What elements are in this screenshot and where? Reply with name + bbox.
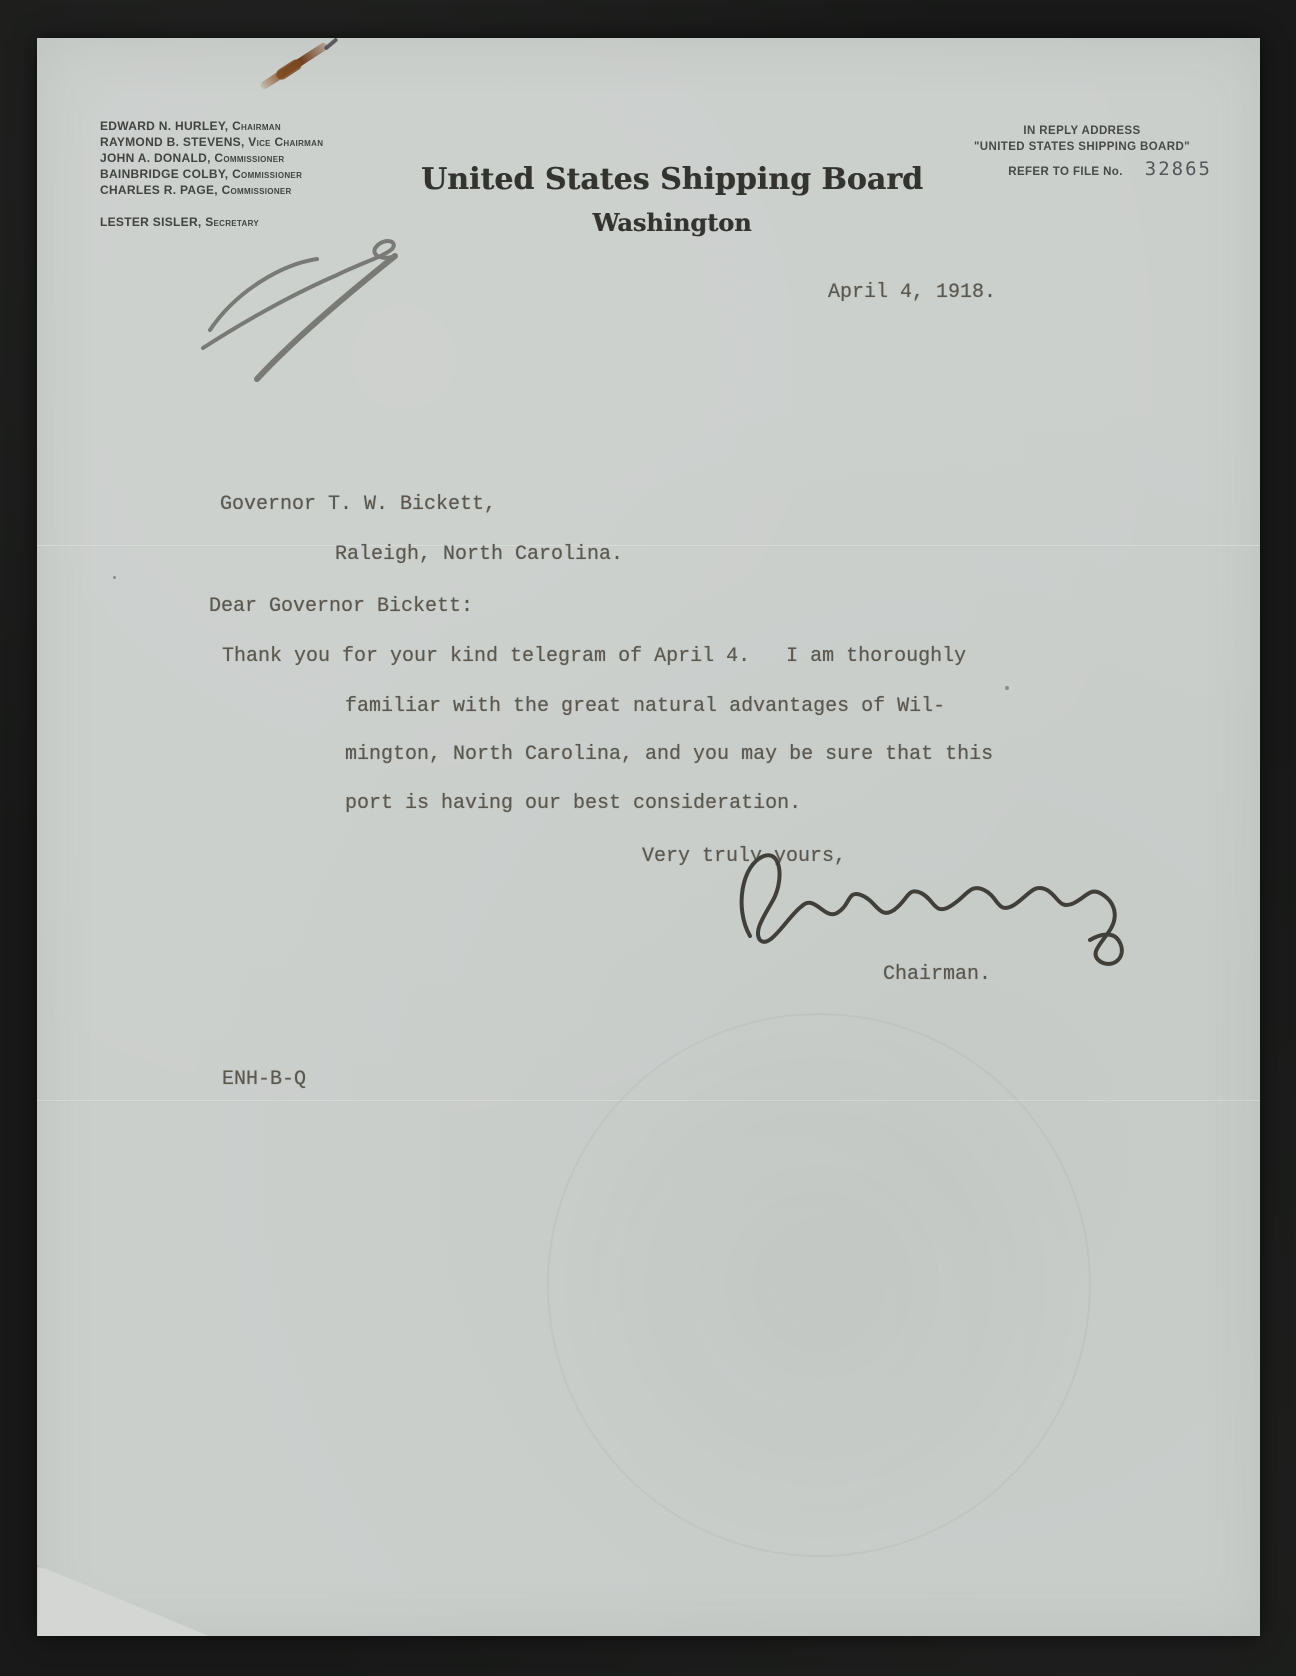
refer-to-file-label: REFER TO FILE No. (1008, 164, 1123, 180)
signature-edward-hurley (730, 836, 1140, 981)
body-line: mington, North Carolina, and you may be … (345, 743, 993, 766)
officer-line: EDWARD N. HURLEY, Chairman (100, 118, 323, 134)
officer-title: Chairman (232, 119, 281, 133)
officer-title: Vice Chairman (248, 135, 323, 149)
folded-corner (37, 1565, 209, 1636)
paper-speck (113, 576, 116, 579)
handwritten-file-note (195, 234, 410, 384)
officer-line: RAYMOND B. STEVENS, Vice Chairman (100, 134, 323, 150)
organization-name: United States Shipping Board (392, 162, 952, 197)
file-number: 32865 (1145, 161, 1212, 177)
typist-reference: ENH-B-Q (222, 1068, 306, 1091)
body-line: familiar with the great natural advantag… (345, 695, 945, 718)
embossed-seal-watermark (547, 1013, 1091, 1557)
fold-crease-upper (37, 545, 1260, 547)
officer-name: JOHN A. DONALD, (100, 151, 211, 165)
body-line: port is having our best consideration. (345, 792, 801, 815)
recipient-name: Governor T. W. Bickett, (220, 493, 496, 516)
officer-line: JOHN A. DONALD, Commissioner (100, 150, 323, 166)
secretary-name: LESTER SISLER, (100, 215, 202, 229)
letter-date: April 4, 1918. (828, 281, 996, 304)
rust-stain (237, 38, 347, 98)
letterhead-officers: EDWARD N. HURLEY, Chairman RAYMOND B. ST… (100, 118, 323, 230)
scanned-letter: EDWARD N. HURLEY, Chairman RAYMOND B. ST… (0, 0, 1296, 1676)
officer-title: Commissioner (232, 167, 302, 181)
body-line: Thank you for your kind telegram of Apri… (222, 645, 966, 668)
secretary-line: LESTER SISLER, Secretary (100, 214, 323, 230)
signature-title: Chairman. (883, 963, 991, 986)
officer-title: Commissioner (222, 183, 292, 197)
reply-address-line1: IN REPLY ADDRESS (952, 123, 1212, 139)
rust-stain-tip (324, 37, 339, 50)
officer-name: RAYMOND B. STEVENS, (100, 135, 245, 149)
reply-address-line2: "UNITED STATES SHIPPING BOARD" (952, 139, 1212, 155)
letterhead-gap (100, 198, 323, 214)
organization-city: Washington (392, 208, 952, 237)
officer-name: CHARLES R. PAGE, (100, 183, 218, 197)
salutation: Dear Governor Bickett: (209, 595, 473, 618)
officer-line: BAINBRIDGE COLBY, Commissioner (100, 166, 323, 182)
recipient-city: Raleigh, North Carolina. (335, 543, 623, 566)
rust-stain-blob (274, 57, 303, 81)
secretary-title: Secretary (205, 215, 259, 229)
officer-name: EDWARD N. HURLEY, (100, 119, 228, 133)
officer-name: BAINBRIDGE COLBY, (100, 167, 228, 181)
officer-title: Commissioner (214, 151, 284, 165)
reply-address-block: IN REPLY ADDRESS "UNITED STATES SHIPPING… (952, 123, 1212, 180)
paper-speck (1005, 686, 1009, 690)
refer-to-file-row: REFER TO FILE No. 32865 (952, 161, 1212, 180)
officer-line: CHARLES R. PAGE, Commissioner (100, 182, 323, 198)
letter-page: EDWARD N. HURLEY, Chairman RAYMOND B. ST… (37, 38, 1260, 1636)
